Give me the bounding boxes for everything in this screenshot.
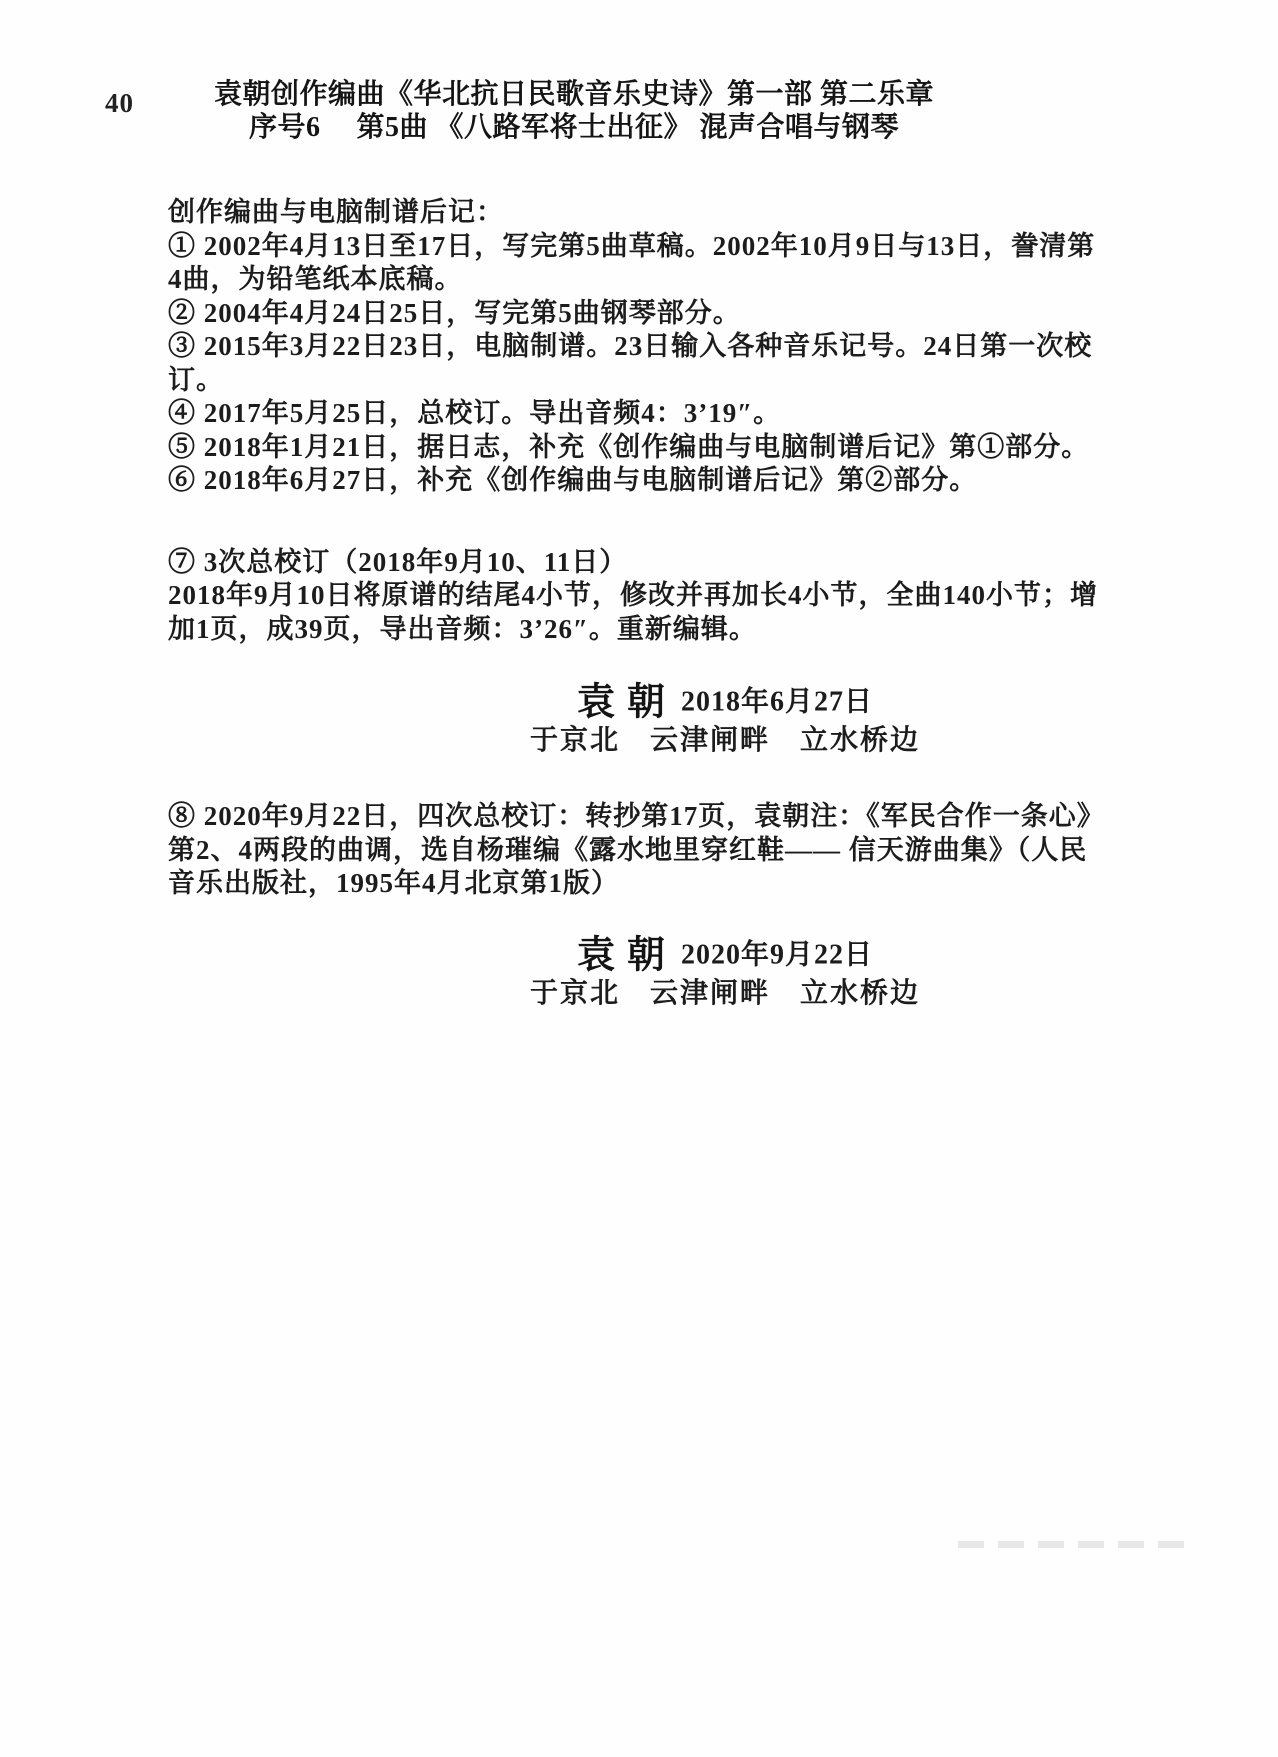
note-line: ③ 2015年3月22日23日，电脑制谱。23日输入各种音乐记号。24日第一次校 [168, 330, 1158, 364]
author-name: 袁朝 [577, 681, 677, 723]
note-line: ⑤ 2018年1月21日，据日志，补充《创作编曲与电脑制谱后记》第①部分。 [168, 431, 1158, 465]
header-title-line2: 序号6 第5曲 《八路军将士出征》 混声合唱与钢琴 [0, 111, 1148, 144]
signature-block-2018: 袁朝 2018年6月27日 于京北 云津闸畔 立水桥边 [230, 680, 1220, 758]
note-line: 4曲，为铅笔纸本底稿。 [168, 263, 1158, 297]
document-header: 袁朝创作编曲《华北抗日民歌音乐史诗》第一部 第二乐章 序号6 第5曲 《八路军将… [0, 0, 1148, 144]
note-item-8: ⑧ 2020年9月22日，四次总校订：转抄第17页，袁朝注：《军民合作一条心》 … [168, 800, 1158, 901]
note-line: 加1页，成39页，导出音频：3’26″。重新编辑。 [168, 613, 1158, 647]
signature-place: 于京北 云津闸畔 立水桥边 [230, 977, 1220, 1011]
header-title-line1: 袁朝创作编曲《华北抗日民歌音乐史诗》第一部 第二乐章 [0, 78, 1148, 111]
note-item-7: ⑦ 3次总校订（2018年9月10、11日） 2018年9月10日将原谱的结尾4… [168, 546, 1158, 647]
note-item-2: ② 2004年4月24日25日，写完第5曲钢琴部分。 [168, 297, 1158, 331]
signature-date: 2018年6月27日 [681, 686, 873, 717]
document-page: 40 袁朝创作编曲《华北抗日民歌音乐史诗》第一部 第二乐章 序号6 第5曲 《八… [0, 0, 1278, 1757]
note-line: ⑧ 2020年9月22日，四次总校订：转抄第17页，袁朝注：《军民合作一条心》 [168, 800, 1158, 834]
note-line: 订。 [168, 364, 1158, 398]
note-line: 第2、4两段的曲调，选自杨璀编《露水地里穿红鞋—— 信天游曲集》（人民 [168, 834, 1158, 868]
signature-block-2020: 袁朝 2020年9月22日 于京北 云津闸畔 立水桥边 [230, 933, 1220, 1011]
note-line: ⑥ 2018年6月27日，补充《创作编曲与电脑制谱后记》第②部分。 [168, 464, 1158, 498]
signature-place: 于京北 云津闸畔 立水桥边 [230, 724, 1220, 758]
note-line: 2018年9月10日将原谱的结尾4小节，修改并再加长4小节，全曲140小节；增 [168, 579, 1158, 613]
page-number: 40 [105, 88, 134, 119]
note-item-1: ① 2002年4月13日至17日，写完第5曲草稿。2002年10月9日与13日，… [168, 230, 1158, 297]
postscript-heading: 创作编曲与电脑制谱后记： [168, 196, 1158, 230]
note-line: ⑦ 3次总校订（2018年9月10、11日） [168, 546, 1158, 580]
note-line: ② 2004年4月24日25日，写完第5曲钢琴部分。 [168, 297, 1158, 331]
note-line: 音乐出版社，1995年4月北京第1版） [168, 867, 1158, 901]
author-name: 袁朝 [577, 934, 677, 976]
note-line: ④ 2017年5月25日，总校订。导出音频4：3’19″。 [168, 397, 1158, 431]
signature-date: 2020年9月22日 [681, 939, 873, 970]
note-item-4: ④ 2017年5月25日，总校订。导出音频4：3’19″。 [168, 397, 1158, 431]
note-item-5: ⑤ 2018年1月21日，据日志，补充《创作编曲与电脑制谱后记》第①部分。 [168, 431, 1158, 465]
document-body: 创作编曲与电脑制谱后记： ① 2002年4月13日至17日，写完第5曲草稿。20… [0, 196, 1278, 1011]
note-line: ① 2002年4月13日至17日，写完第5曲草稿。2002年10月9日与13日，… [168, 230, 1158, 264]
note-item-3: ③ 2015年3月22日23日，电脑制谱。23日输入各种音乐记号。24日第一次校… [168, 330, 1158, 397]
note-item-6: ⑥ 2018年6月27日，补充《创作编曲与电脑制谱后记》第②部分。 [168, 464, 1158, 498]
faint-watermark [958, 1541, 1198, 1548]
